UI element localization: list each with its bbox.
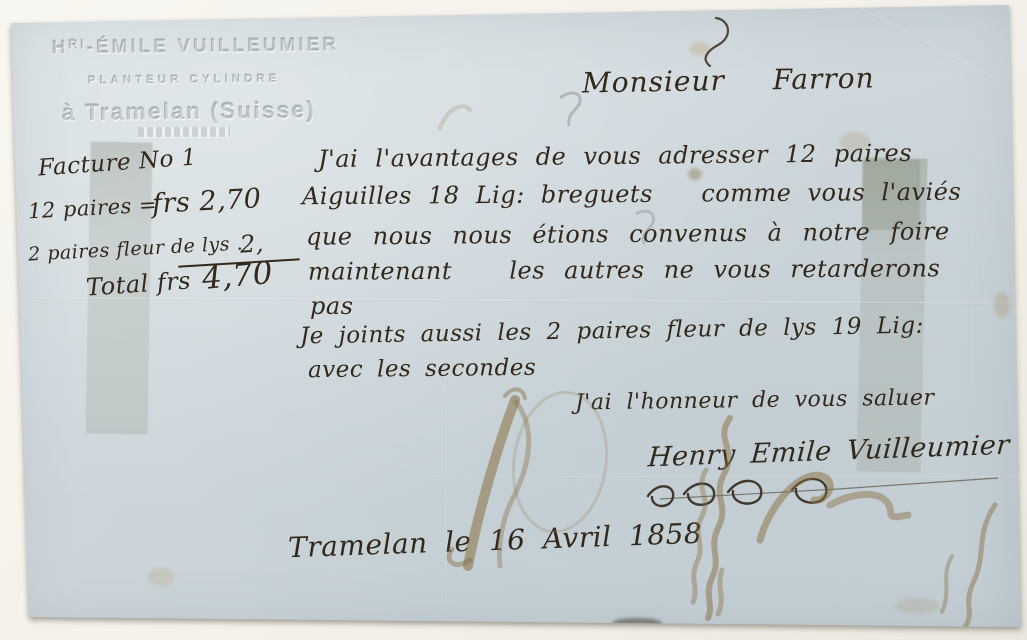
pen-flourish-icon xyxy=(706,18,728,66)
scanned-letter: Hᴿᴵ-ÉMILE VUILLEUMIER PLANTEUR CYLINDRE … xyxy=(0,0,1027,640)
invoice-row1-value: frs 2,70 xyxy=(151,183,262,220)
letter-body-line: avec les secondes xyxy=(308,355,536,383)
stain xyxy=(895,598,939,614)
letterhead-name: Hᴿᴵ-ÉMILE VUILLEUMIER xyxy=(52,34,340,59)
letter-body-line: Aiguilles 18 Lig: breguets comme vous l'… xyxy=(302,178,961,211)
fold-line-vertical xyxy=(446,355,448,640)
letter-closing: J'ai l'honneur de vous saluer xyxy=(575,385,935,415)
corner-crease xyxy=(856,6,991,76)
stain xyxy=(148,568,174,586)
letterhead-profession: PLANTEUR CYLINDRE xyxy=(88,73,281,87)
letter-body-line: J'ai l'avantages de vous adresser 12 pai… xyxy=(318,139,912,173)
dateline: Tramelan le 16 Avril 1858 xyxy=(288,517,703,564)
signature-rule xyxy=(660,478,998,499)
letter-body-line: pas xyxy=(310,292,354,320)
invoice-title: Facture No 1 xyxy=(37,144,197,181)
stain xyxy=(690,42,710,56)
letter-body-line: maintenant les autres ne vous retarderon… xyxy=(308,254,940,285)
signature: Henry Emile Vuilleumier xyxy=(647,430,1011,474)
letter-body-line: Je joints aussi les 2 paires fleur de ly… xyxy=(300,313,924,350)
stain xyxy=(688,168,702,180)
invoice-row2-value: 2, xyxy=(239,229,264,258)
letterhead-place: à Tramelan (Suisse) xyxy=(62,97,316,127)
paper-sheet: Hᴿᴵ-ÉMILE VUILLEUMIER PLANTEUR CYLINDRE … xyxy=(0,0,1027,640)
letter-body-line: que nous nous étions convenus à notre fo… xyxy=(306,217,950,251)
invoice-total-label: Total frs xyxy=(85,266,192,301)
invoice-total-value: 4,70 xyxy=(201,255,275,297)
fold-line-horizontal-lower xyxy=(430,476,1018,478)
signature-flourish xyxy=(648,479,826,506)
letterhead-ornament-icon xyxy=(138,127,230,137)
letter-salutation: Monsieur Farron xyxy=(582,61,875,99)
tear-shadow xyxy=(612,618,662,632)
stain xyxy=(994,292,1010,318)
